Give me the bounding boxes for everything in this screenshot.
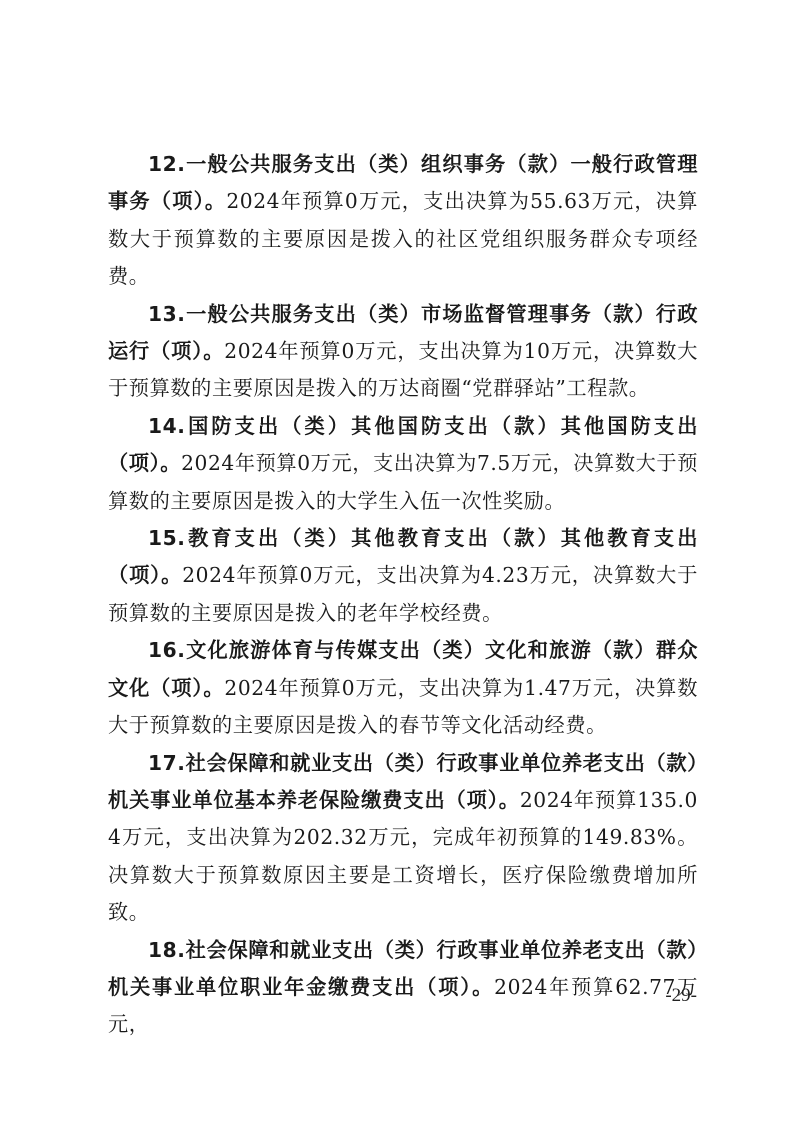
paragraph-item-17: 17.社会保障和就业支出（类）行政事业单位养老支出（款）机关事业单位基本养老保险… — [108, 745, 698, 932]
page-number: -29- — [665, 985, 697, 1007]
item-number: 13. — [148, 302, 186, 326]
paragraph-item-18: 18.社会保障和就业支出（类）行政事业单位养老支出（款）机关事业单位职业年金缴费… — [108, 932, 698, 1044]
paragraph-item-14: 14.国防支出（类）其他国防支出（款）其他国防支出（项）。2024年预算0万元，… — [108, 408, 698, 520]
paragraph-item-12: 12.一般公共服务支出（类）组织事务（款）一般行政管理事务（项）。2024年预算… — [108, 146, 698, 296]
item-number: 18. — [148, 938, 186, 962]
document-page: 12.一般公共服务支出（类）组织事务（款）一般行政管理事务（项）。2024年预算… — [108, 146, 698, 1044]
item-number: 16. — [148, 638, 186, 662]
paragraph-item-15: 15.教育支出（类）其他教育支出（款）其他教育支出（项）。2024年预算0万元，… — [108, 520, 698, 632]
item-number: 17. — [148, 751, 186, 775]
item-body: 2024年预算0万元，支出决算为4.23万元，决算数大于预算数的主要原因是拨入的… — [108, 563, 698, 624]
item-number: 15. — [148, 526, 186, 550]
paragraph-item-13: 13.一般公共服务支出（类）市场监督管理事务（款）行政运行（项）。2024年预算… — [108, 296, 698, 408]
item-number: 12. — [148, 152, 186, 176]
item-number: 14. — [148, 414, 186, 438]
item-body: 2024年预算0万元，支出决算为7.5万元，决算数大于预算数的主要原因是拨入的大… — [108, 451, 698, 512]
paragraph-item-16: 16.文化旅游体育与传媒支出（类）文化和旅游（款）群众文化（项）。2024年预算… — [108, 632, 698, 744]
